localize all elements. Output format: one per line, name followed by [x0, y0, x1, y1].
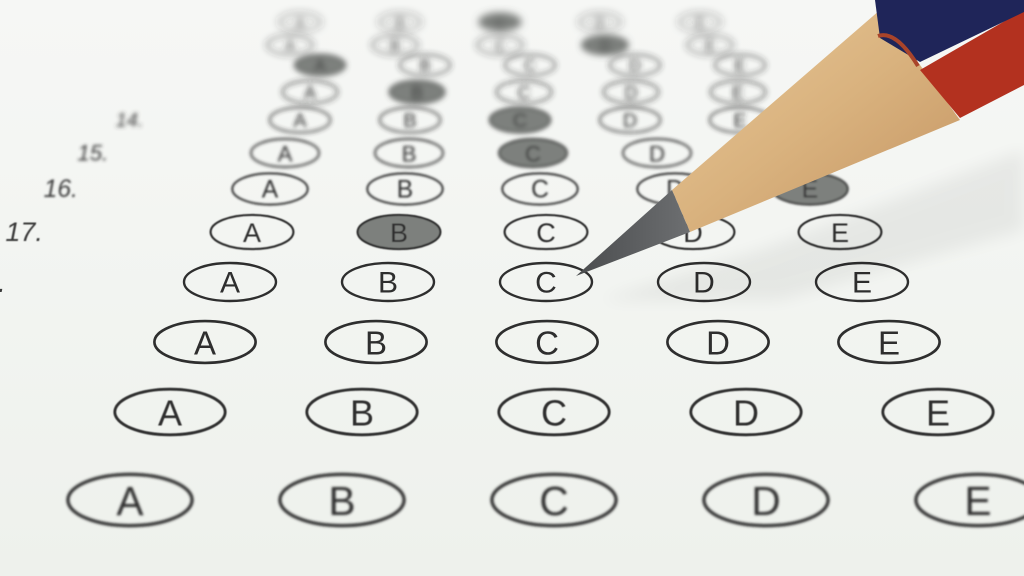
answer-sheet-photo: ABCDEABCDEABCDEABCDE14.ABCDE15.ABCDE16.A…	[0, 0, 1024, 576]
pencil	[0, 0, 1024, 576]
pencil-lead	[576, 190, 690, 276]
